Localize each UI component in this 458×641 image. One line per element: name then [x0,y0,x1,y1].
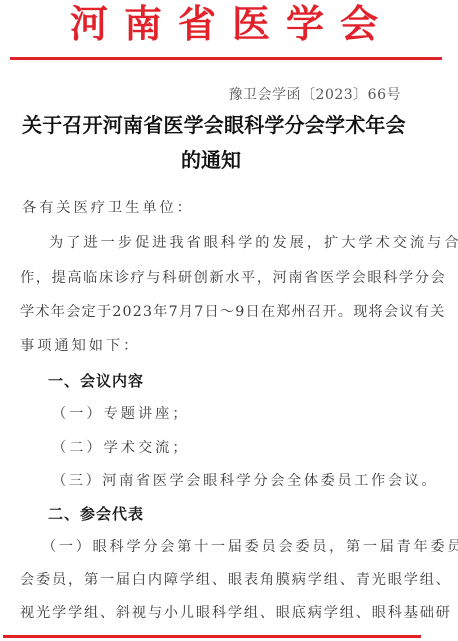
salutation: 各有关医疗卫生单位： [22,199,194,217]
intro-line-2: 作，提高临床诊疗与科研创新水平，河南省医学会眼科学分会 [20,269,446,287]
meeting-content-item-1: （一）专题讲座； [52,405,190,423]
attendees-line-2: 会委员，第一届白内障学组、眼表角膜病学组、青光眼学组、 [20,571,452,589]
intro-line-3: 学术年会定于2023年7月7日～9日在郑州召开。现将会议有关 [20,303,446,321]
section-heading-meeting-content: 一、会议内容 [48,372,144,390]
attendees-line-1: （一）眼科学分会第十一届委员会委员，第一届青年委员 [42,538,458,556]
document-title-line-1: 关于召开河南省医学会眼科学分会学术年会 [22,113,406,137]
meeting-content-item-3: （三）河南省医学会眼科学分会全体委员工作会议。 [52,472,438,490]
meeting-content-item-2: （二）学术交流； [52,439,190,457]
intro-line-4: 事项通知如下： [20,337,140,355]
intro-line-1: 为了进一步促进我省眼科学的发展，扩大学术交流与合 [49,234,458,252]
document-number: 豫卫会学函〔2023〕66号 [229,86,401,104]
document-title-line-2: 的通知 [181,148,241,172]
attendees-line-3: 视光学学组、斜视与小儿眼科学组、眼底病学组、眼科基础研 [20,604,452,622]
section-heading-attendees: 二、参会代表 [48,505,144,523]
letterhead-org-name: 河南省医学会 [0,2,458,46]
bottom-red-rule [3,635,421,638]
letterhead-red-rule [10,57,442,60]
